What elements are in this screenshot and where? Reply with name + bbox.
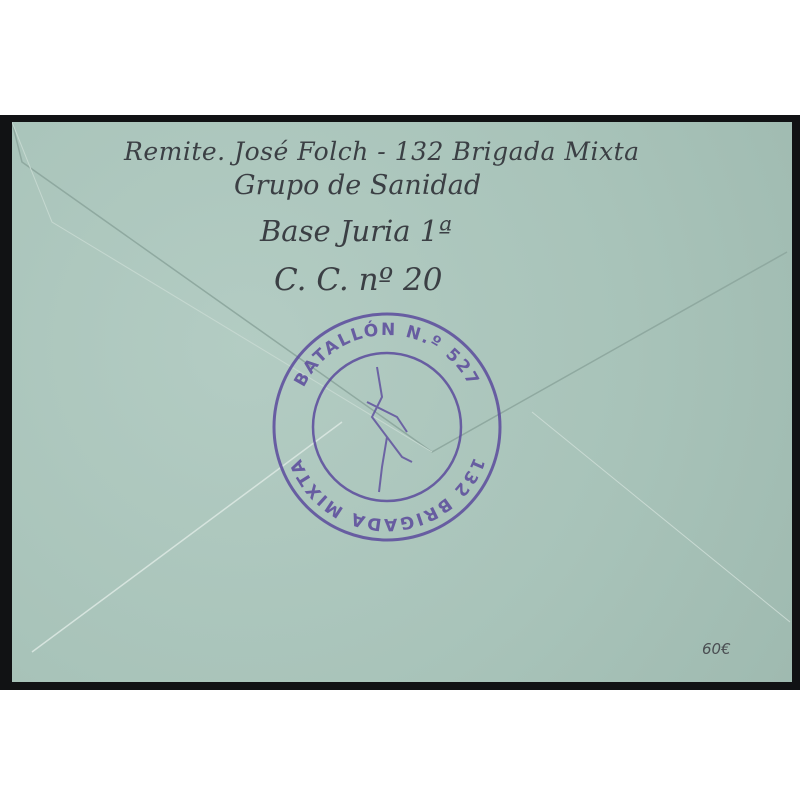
sender-line-4: C. C. nº 20 bbox=[274, 262, 443, 298]
cachet-top-text: 132 BRIGADA MIXTA bbox=[286, 455, 488, 534]
sender-line-1: Remite. José Folch - 132 Brigada Mixta bbox=[124, 137, 640, 166]
envelope-back: Remite. José Folch - 132 Brigada Mixta G… bbox=[12, 122, 792, 682]
sender-line-2: Grupo de Sanidad bbox=[234, 170, 481, 201]
military-cachet: 132 BRIGADA MIXTA BATALLÓN N.º 527 bbox=[267, 307, 507, 547]
pencil-price-note: 60€ bbox=[702, 640, 731, 658]
svg-text:132 BRIGADA MIXTA: 132 BRIGADA MIXTA bbox=[286, 455, 488, 534]
cachet-emblem-icon bbox=[367, 367, 412, 492]
sender-line-3: Base Juria 1ª bbox=[260, 214, 452, 248]
